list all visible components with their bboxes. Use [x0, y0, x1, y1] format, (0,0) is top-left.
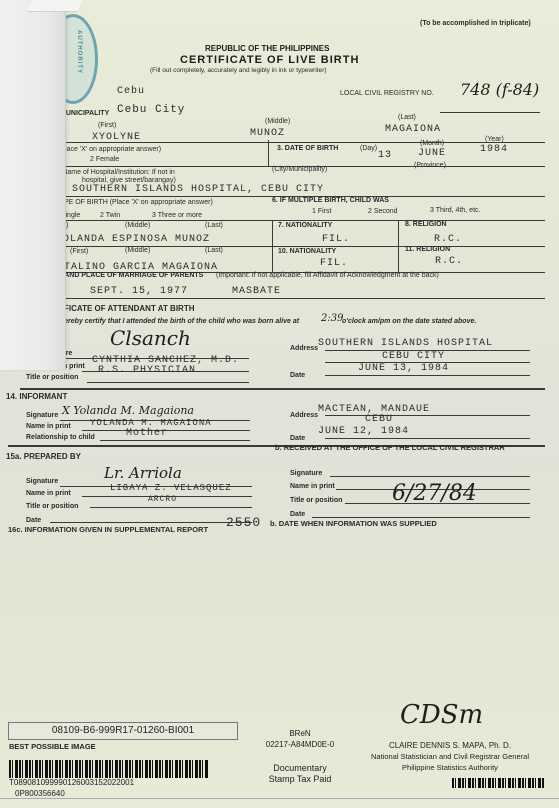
folded-paper-flap	[0, 0, 66, 370]
informant-date: JUNE 12, 1984	[318, 426, 409, 437]
signature-line	[330, 476, 530, 477]
sex-instruction: (Place 'X' on appropriate answer)	[58, 146, 161, 153]
attendant-address-line2: CEBU CITY	[382, 351, 445, 362]
dob-year: 1984	[480, 144, 508, 155]
divider	[55, 298, 545, 299]
pob-hospital-label-2: hospital, give street/barangay)	[82, 177, 176, 184]
title-line	[87, 382, 249, 383]
date-line	[312, 517, 530, 518]
pob-city-label: (City/Municipality)	[272, 166, 327, 173]
received-handwritten-date: 6/27/84	[392, 481, 477, 506]
supplemental-label: 16c. INFORMATION GIVEN IN SUPPLEMENTAL R…	[8, 525, 208, 534]
child-last-name: MAGAIONA	[385, 124, 441, 135]
attendant-signature: Clsanch	[110, 326, 191, 350]
received-date-label: Date	[290, 511, 305, 518]
prepared-name-label: Name in print	[26, 490, 71, 497]
prepared-signature: Lr. Arriola	[104, 464, 182, 482]
type-of-birth-label: TYPE OF BIRTH (Place 'X' on appropriate …	[55, 199, 213, 206]
mother-name: YOLANDA ESPINOSA MUNOZ	[56, 234, 210, 245]
mother-middle-label: (Middle)	[125, 222, 150, 229]
marriage-date: SEPT. 15, 1977	[90, 286, 188, 297]
father-last-label: (Last)	[205, 247, 223, 254]
title-line	[90, 507, 252, 508]
father-first-label: (First)	[70, 248, 88, 255]
folded-corner	[28, 0, 82, 12]
informant-address-line2: CEBU	[365, 414, 393, 425]
dob-label: 3. DATE OF BIRTH	[277, 145, 338, 152]
small-barcode-icon	[452, 778, 544, 788]
father-nationality-label: 10. NATIONALITY	[278, 248, 336, 255]
date-line	[325, 438, 530, 439]
attendant-date: JUNE 13, 1984	[358, 363, 449, 374]
barcode-text: T08908109999012600315202200​1	[9, 778, 134, 787]
child-first-label: (First)	[98, 122, 116, 129]
relationship-line	[100, 440, 250, 441]
mother-nationality-label: 7. NATIONALITY	[278, 222, 332, 229]
dob-year-label: (Year)	[485, 136, 504, 143]
informant-section-label: 14. INFORMANT	[6, 392, 67, 401]
received-signature-label: Signature	[290, 470, 322, 477]
informant-date-label: Date	[290, 435, 305, 442]
attendant-certify-text: I hereby certify that I attended the bir…	[56, 318, 299, 325]
dob-month: JUNE	[418, 148, 446, 159]
prepared-title: ARCRO	[148, 495, 177, 504]
attendant-date-label: Date	[290, 372, 305, 379]
prepared-date-label: Date	[26, 517, 41, 524]
sex-selected: 2 Female	[90, 156, 119, 163]
control-number-box: 08109-B6-999R17-01260-BI001	[8, 722, 238, 740]
multiple-option-first: 1 First	[312, 208, 331, 215]
received-title-label: Title or position	[290, 497, 342, 504]
father-nationality: FIL.	[320, 258, 348, 269]
multiple-birth-label: 6. IF MULTIPLE BIRTH, CHILD WAS	[272, 197, 389, 204]
prepared-name: LIGAYA Z. VELASQUEZ	[110, 483, 232, 493]
barcode-icon	[9, 760, 209, 778]
attendant-time: 2:39	[321, 313, 343, 324]
father-religion: R.C.	[435, 256, 463, 267]
section-divider	[20, 388, 545, 390]
municipality-value: Cebu City	[117, 104, 185, 116]
received-name-label: Name in print	[290, 483, 335, 490]
attendant-title: R.S. PHYSICIAN	[98, 365, 196, 376]
marriage-label: DATE AND PLACE OF MARRIAGE OF PARENTS	[44, 272, 203, 279]
seal-text: AUTHORITY	[76, 30, 82, 74]
child-last-label: (Last)	[398, 114, 416, 121]
informant-name: YOLANDA M. MAGAIONA	[90, 418, 212, 428]
best-possible-image-label: BEST POSSIBLE IMAGE	[9, 742, 96, 751]
supplemental-stamp-number: 2550	[226, 515, 261, 530]
informant-address-label: Address	[290, 412, 318, 419]
attendant-certify-suffix: o'clock am/pm on the date stated above.	[342, 318, 476, 325]
province-value: Cebu	[117, 86, 145, 97]
divider	[55, 220, 545, 221]
date-line	[50, 522, 252, 523]
official-title: National Statistician and Civil Registra…	[355, 752, 545, 761]
marriage-place: MASBATE	[232, 286, 281, 297]
informant-signature: X Yolanda M. Magaiona	[62, 404, 194, 417]
informant-relationship: Mother	[126, 428, 168, 439]
divider	[55, 142, 545, 143]
birth-certificate-page: AUTHORITY (To be accomplished in triplic…	[0, 0, 559, 808]
divider	[268, 140, 269, 166]
attendant-address-label: Address	[290, 345, 318, 352]
address-line	[325, 415, 530, 416]
registry-number: 748 (f-84)	[460, 80, 539, 99]
multiple-option-third: 3 Third, 4th, etc.	[430, 207, 480, 214]
father-middle-label: (Middle)	[125, 247, 150, 254]
mother-religion: R.C.	[434, 234, 462, 245]
dob-month-label: (Month)	[420, 140, 444, 147]
date-line	[325, 375, 530, 376]
documentary-stamp-line1: Documentary	[255, 763, 345, 773]
child-middle-label: (Middle)	[265, 118, 290, 125]
documentary-stamp-line2: Stamp Tax Paid	[255, 774, 345, 784]
pob-province-label: (Province)	[414, 162, 446, 169]
pob-hospital-label: (Name of Hospital/Institution: If not in	[60, 169, 175, 176]
official-signature: CDSm	[400, 700, 483, 730]
date-supplied-label: b. DATE WHEN INFORMATION WAS SUPPLIED	[270, 519, 437, 528]
marriage-note: (Important: If not applicable, fill Affi…	[216, 272, 439, 279]
municipality-label: MUNICIPALITY	[60, 110, 109, 117]
father-religion-label: 11. RELIGION	[405, 246, 450, 253]
official-agency: Philippine Statistics Authority	[355, 763, 545, 772]
received-section-label: b. RECEIVED AT THE OFFICE OF THE LOCAL C…	[275, 443, 505, 452]
informant-relationship-label: Relationship to child	[26, 434, 95, 441]
divider	[440, 112, 540, 113]
mother-nationality: FIL.	[322, 234, 350, 245]
certificate-title: CERTIFICATE OF LIVE BIRTH	[180, 54, 359, 66]
official-name: CLAIRE DENNIS S. MAPA, Ph. D.	[355, 741, 545, 750]
registry-label: LOCAL CIVIL REGISTRY NO.	[340, 90, 434, 97]
mother-last-label: (Last)	[205, 222, 223, 229]
fill-instructions: (Fill out completely, accurately and leg…	[150, 67, 327, 74]
triplicate-note: (To be accomplished in triplicate)	[420, 20, 531, 27]
attendant-title-label: Title or position	[26, 374, 78, 381]
dob-day: 13	[378, 150, 392, 161]
prepared-section-label: 15a. PREPARED BY	[6, 452, 81, 461]
prepared-title-label: Title or position	[26, 503, 78, 510]
republic-heading: REPUBLIC OF THE PHILIPPINES	[205, 44, 329, 53]
type-option-twin: 2 Twin	[100, 212, 120, 219]
pob-value: SOUTHERN ISLANDS HOSPITAL, CEBU CITY	[72, 184, 324, 195]
bren-label: BReN	[270, 729, 330, 738]
type-option-three: 3 Three or more	[152, 212, 202, 219]
multiple-option-second: 2 Second	[368, 208, 398, 215]
dob-day-label: (Day)	[360, 145, 377, 152]
bren-value: 02217-A84MD0E-0	[255, 740, 345, 749]
informant-signature-label: Signature	[26, 412, 58, 419]
serial-number: 0P800356640	[15, 789, 65, 798]
attendant-address-line1: SOUTHERN ISLANDS HOSPITAL	[318, 338, 493, 349]
child-middle-name: MUNOZ	[250, 128, 285, 139]
prepared-signature-label: Signature	[26, 478, 58, 485]
footer-border	[0, 798, 559, 799]
informant-name-label: Name in print	[26, 423, 71, 430]
mother-religion-label: 8. RELIGION	[405, 221, 447, 228]
